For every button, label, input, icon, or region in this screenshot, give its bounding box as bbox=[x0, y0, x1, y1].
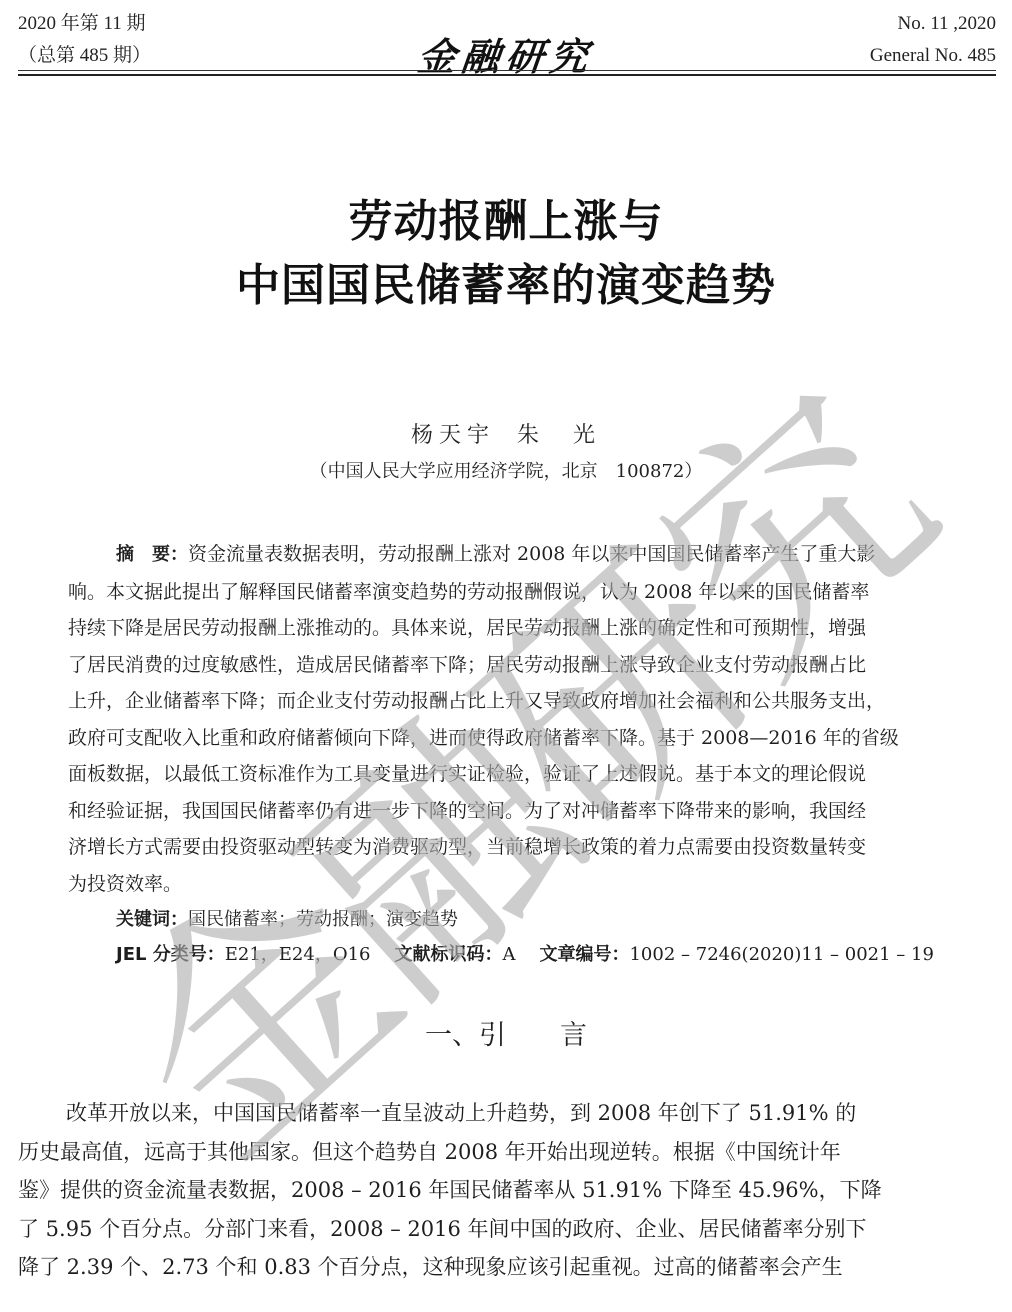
abstract-line: 政府可支配收入比重和政府储蓄倾向下降，进而使得政府储蓄率下降。基于 2008—2… bbox=[68, 720, 996, 757]
article-number-value: 1002 – 7246(2020)11 – 0021 – 19 bbox=[629, 944, 933, 965]
abstract-line: 面板数据，以最低工资标准作为工具变量进行实证检验，验证了上述假说。基于本文的理论… bbox=[68, 756, 996, 793]
issue-info-right: No. 11 ,2020 General No. 485 bbox=[870, 8, 996, 72]
header-divider bbox=[18, 70, 996, 76]
title-line-2: 中国国民储蓄率的演变趋势 bbox=[0, 254, 1012, 318]
body-line: 降了 2.39 个、2.73 个和 0.83 个百分点，这种现象应该引起重视。过… bbox=[18, 1248, 998, 1287]
article-number-label: 文章编号： bbox=[539, 944, 629, 965]
keywords-label: 关键词： bbox=[116, 909, 188, 930]
abstract-line: 响。本文据此提出了解释国民储蓄率演变趋势的劳动报酬假说，认为 2008 年以来的… bbox=[68, 574, 996, 611]
author-affiliation: （中国人民大学应用经济学院，北京 100872） bbox=[0, 457, 1012, 483]
classification-info: JEL 分类号：E21，E24，O16文献标识码：A文章编号：1002 – 72… bbox=[116, 940, 934, 966]
abstract-line: 济增长方式需要由投资驱动型转变为消费驱动型，当前稳增长政策的着力点需要由投资数量… bbox=[68, 829, 996, 866]
title-line-1: 劳动报酬上涨与 bbox=[0, 190, 1012, 254]
body-line: 了 5.95 个百分点。分部门来看，2008 – 2016 年间中国的政府、企业… bbox=[18, 1210, 998, 1249]
abstract-line: 持续下降是居民劳动报酬上涨推动的。具体来说，居民劳动报酬上涨的确定性和可预期性，… bbox=[68, 610, 996, 647]
body-line: 历史最高值，远高于其他国家。但这个趋势自 2008 年开始出现逆转。根据《中国统… bbox=[18, 1133, 998, 1172]
abstract-line: 了居民消费的过度敏感性，造成居民储蓄率下降；居民劳动报酬上涨导致企业支付劳动报酬… bbox=[68, 647, 996, 684]
paper-title: 劳动报酬上涨与 中国国民储蓄率的演变趋势 bbox=[0, 190, 1012, 318]
abstract: 摘 要：资金流量表数据表明，劳动报酬上涨对 2008 年以来中国国民储蓄率产生了… bbox=[68, 536, 996, 902]
body-line: 鉴》提供的资金流量表数据，2008 – 2016 年国民储蓄率从 51.91% … bbox=[18, 1171, 998, 1210]
abstract-label: 摘 要： bbox=[116, 544, 188, 565]
issue-number-en: No. 11 ,2020 bbox=[870, 8, 996, 40]
section-heading-introduction: 一、引 言 bbox=[0, 1013, 1012, 1052]
total-issue-en: General No. 485 bbox=[870, 40, 996, 72]
paper-page: 2020 年第 11 期 （总第 485 期） 金融研究 No. 11 ,202… bbox=[0, 0, 1012, 1312]
keywords: 关键词：国民储蓄率；劳动报酬；演变趋势 bbox=[116, 905, 458, 931]
abstract-line: 上升，企业储蓄率下降；而企业支付劳动报酬占比上升又导致政府增加社会福利和公共服务… bbox=[68, 683, 996, 720]
abstract-line: 和经验证据，我国国民储蓄率仍有进一步下降的空间。为了对冲储蓄率下降带来的影响，我… bbox=[68, 793, 996, 830]
author-name: 杨天宇 bbox=[411, 423, 495, 448]
keywords-value: 国民储蓄率；劳动报酬；演变趋势 bbox=[188, 909, 458, 930]
jel-codes: E21，E24，O16 bbox=[225, 944, 371, 965]
body-line: 改革开放以来，中国国民储蓄率一直呈波动上升趋势，到 2008 年创下了 51.9… bbox=[18, 1094, 998, 1133]
author-name: 朱 光 bbox=[517, 423, 601, 448]
doc-code-value: A bbox=[502, 944, 515, 965]
abstract-line: 摘 要：资金流量表数据表明，劳动报酬上涨对 2008 年以来中国国民储蓄率产生了… bbox=[68, 536, 996, 574]
doc-code-label: 文献标识码： bbox=[394, 944, 502, 965]
abstract-line: 为投资效率。 bbox=[68, 866, 996, 903]
jel-label: JEL 分类号： bbox=[116, 944, 225, 965]
body-paragraph: 改革开放以来，中国国民储蓄率一直呈波动上升趋势，到 2008 年创下了 51.9… bbox=[18, 1094, 998, 1287]
author-list: 杨天宇朱 光 bbox=[0, 418, 1012, 449]
